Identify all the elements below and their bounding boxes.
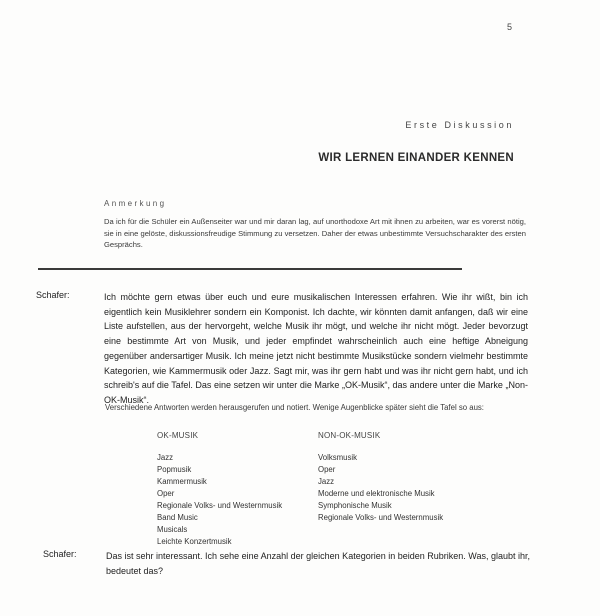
non-ok-music-list: Volksmusik Oper Jazz Moderne und elektro… bbox=[318, 452, 443, 524]
speaker-label: Schafer: bbox=[36, 290, 70, 300]
ok-music-list: Jazz Popmusik Kammermusik Oper Regionale… bbox=[157, 452, 282, 548]
list-item: Popmusik bbox=[157, 464, 282, 476]
section-divider bbox=[38, 268, 462, 270]
speech-text: Das ist sehr interessant. Ich sehe eine … bbox=[106, 549, 530, 578]
note-text: Da ich für die Schüler ein Außenseiter w… bbox=[104, 216, 526, 251]
page-title: WIR LERNEN EINANDER KENNEN bbox=[318, 152, 514, 164]
list-item: Moderne und elektronische Musik bbox=[318, 488, 443, 500]
list-item: Leichte Konzertmusik bbox=[157, 536, 282, 548]
speaker-label: Schafer: bbox=[43, 549, 77, 559]
note-heading: Anmerkung bbox=[104, 199, 167, 208]
list-item: Jazz bbox=[157, 452, 282, 464]
non-ok-music-heading: NON-OK-MUSIK bbox=[318, 431, 380, 440]
page-number: 5 bbox=[507, 22, 512, 32]
list-item: Oper bbox=[157, 488, 282, 500]
list-item: Musicals bbox=[157, 524, 282, 536]
speech-text: Ich möchte gern etwas über euch und eure… bbox=[104, 290, 528, 408]
ok-music-heading: OK-MUSIK bbox=[157, 431, 198, 440]
list-item: Regionale Volks- und Westernmusik bbox=[318, 512, 443, 524]
list-item: Oper bbox=[318, 464, 443, 476]
list-item: Jazz bbox=[318, 476, 443, 488]
list-item: Regionale Volks- und Westernmusik bbox=[157, 500, 282, 512]
chapter-label: Erste Diskussion bbox=[405, 120, 514, 130]
stage-direction: Verschiedene Antworten werden herausgeru… bbox=[105, 403, 484, 412]
list-item: Kammermusik bbox=[157, 476, 282, 488]
list-item: Symphonische Musik bbox=[318, 500, 443, 512]
list-item: Volksmusik bbox=[318, 452, 443, 464]
list-item: Band Music bbox=[157, 512, 282, 524]
